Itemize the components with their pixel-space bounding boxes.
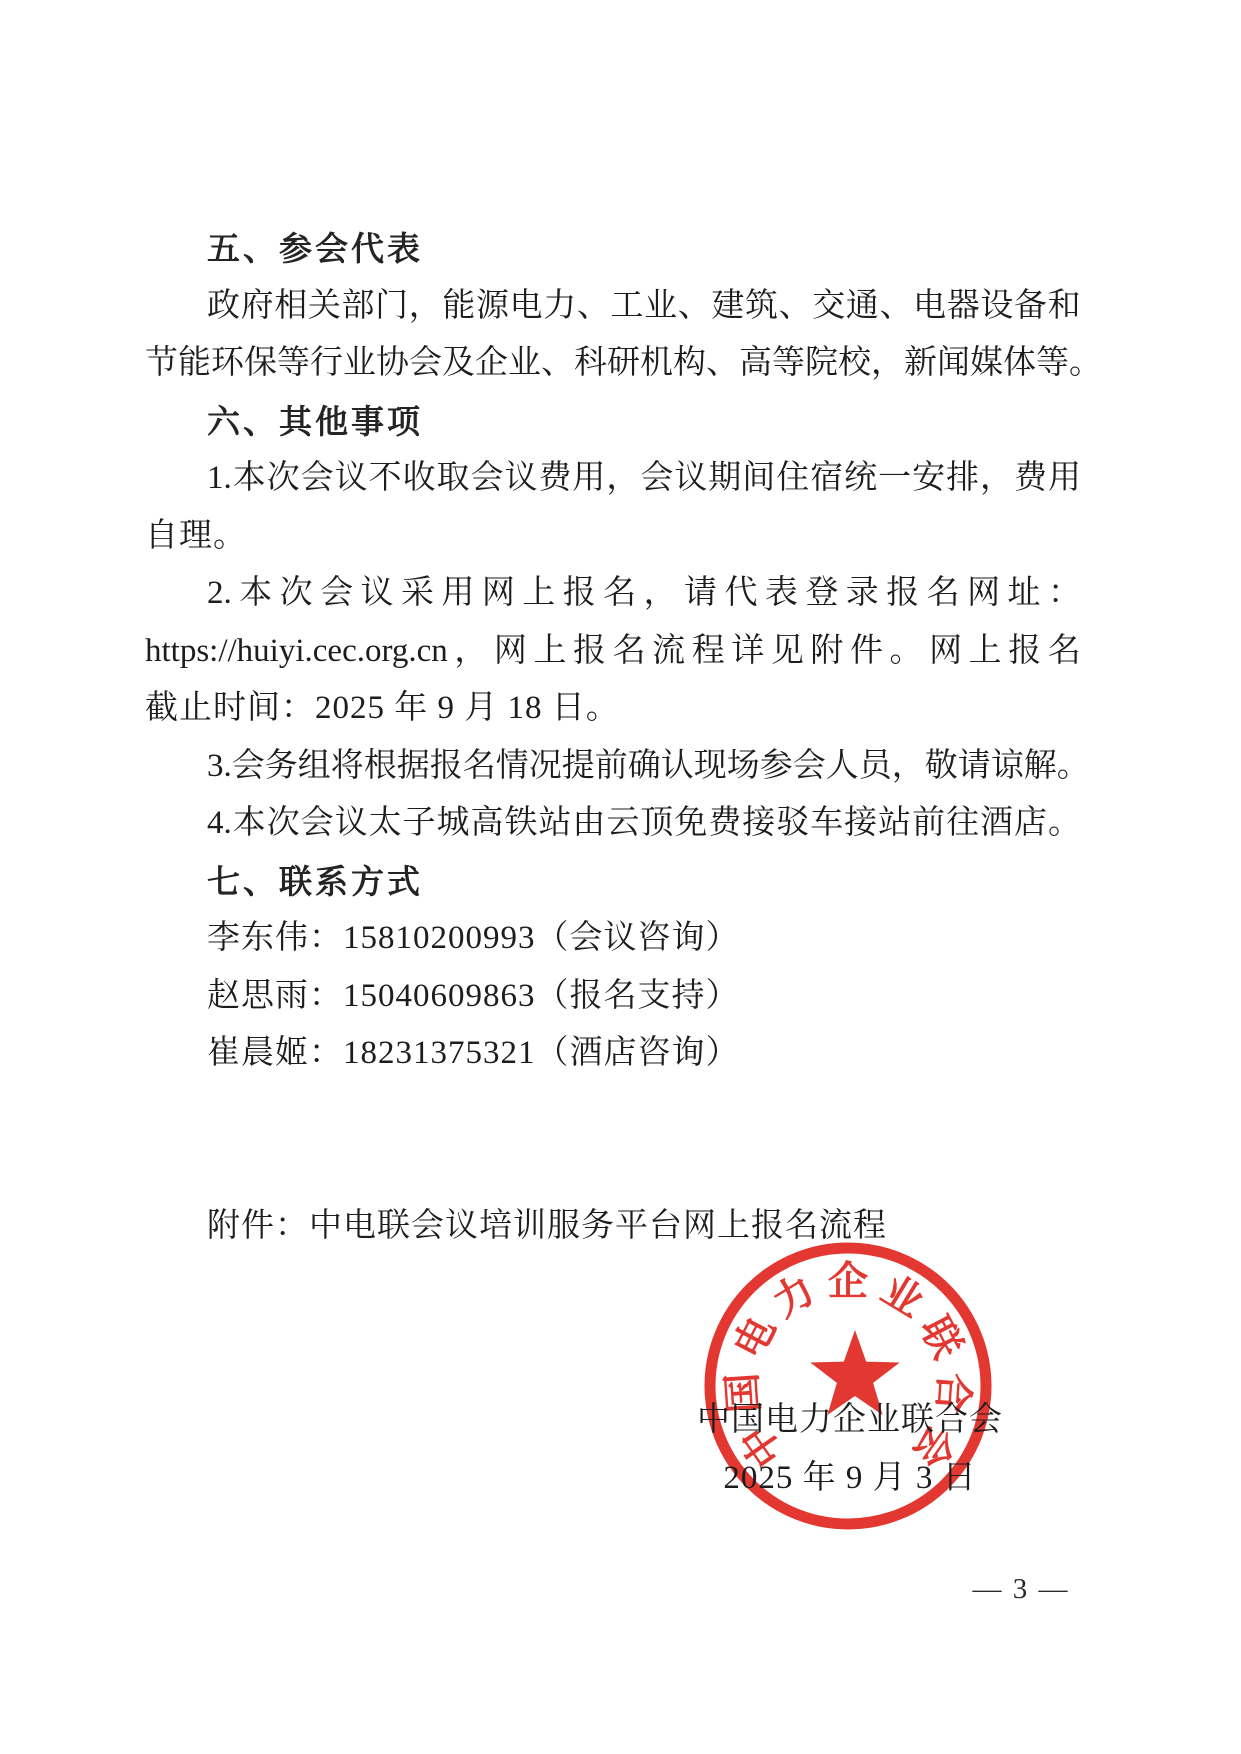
page-number: — 3 — (946, 1572, 1096, 1606)
blank-line (145, 1140, 1081, 1198)
signature-block: 中国电力企业联合会 2025 年 9 月 3 日 (600, 1392, 1100, 1507)
paragraph-attendees-line-2: 节能环保等行业协会及企业、科研机构、高等院校，新闻媒体等。 (145, 335, 1081, 393)
contact-line-1: 李东伟：15810200993（会议咨询） (145, 910, 1081, 968)
item-3: 3.会务组将根据报名情况提前确认现场参会人员，敬请谅解。 (145, 738, 1081, 796)
item-2-line-1: 2.本次会议采用网上报名，请代表登录报名网址： (145, 565, 1081, 623)
seal-character: 电 (726, 1309, 784, 1365)
seal-character: 企 (828, 1259, 868, 1304)
item-2-line-2: https://huiyi.cec.org.cn，网上报名流程详见附件。网上报名 (145, 623, 1081, 681)
section-heading-5: 五、参会代表 (145, 220, 1081, 278)
paragraph-attendees-line-1: 政府相关部门，能源电力、工业、建筑、交通、电器设备和 (145, 278, 1081, 336)
item-2-line-3: 截止时间：2025 年 9 月 18 日。 (145, 680, 1081, 738)
section-heading-6: 六、其他事项 (145, 393, 1081, 451)
signature-date: 2025 年 9 月 3 日 (600, 1450, 1100, 1508)
item-4: 4.本次会议太子城高铁站由云顶免费接驳车接站前往酒店。 (145, 795, 1081, 853)
document-page: 五、参会代表政府相关部门，能源电力、工业、建筑、交通、电器设备和节能环保等行业协… (0, 0, 1241, 1754)
seal-character: 联 (912, 1309, 970, 1365)
item-1-line-1: 1.本次会议不收取会议费用，会议期间住宿统一安排，费用 (145, 450, 1081, 508)
item-1-line-2: 自理。 (145, 508, 1081, 566)
document-body: 五、参会代表政府相关部门，能源电力、工业、建筑、交通、电器设备和节能环保等行业协… (145, 220, 1081, 1255)
blank-line (145, 1083, 1081, 1141)
section-heading-7: 七、联系方式 (145, 853, 1081, 911)
contact-line-3: 崔晨姬：18231375321（酒店咨询） (145, 1025, 1081, 1083)
contact-line-2: 赵思雨：15040609863（报名支持） (145, 968, 1081, 1026)
signature-org: 中国电力企业联合会 (600, 1392, 1100, 1450)
